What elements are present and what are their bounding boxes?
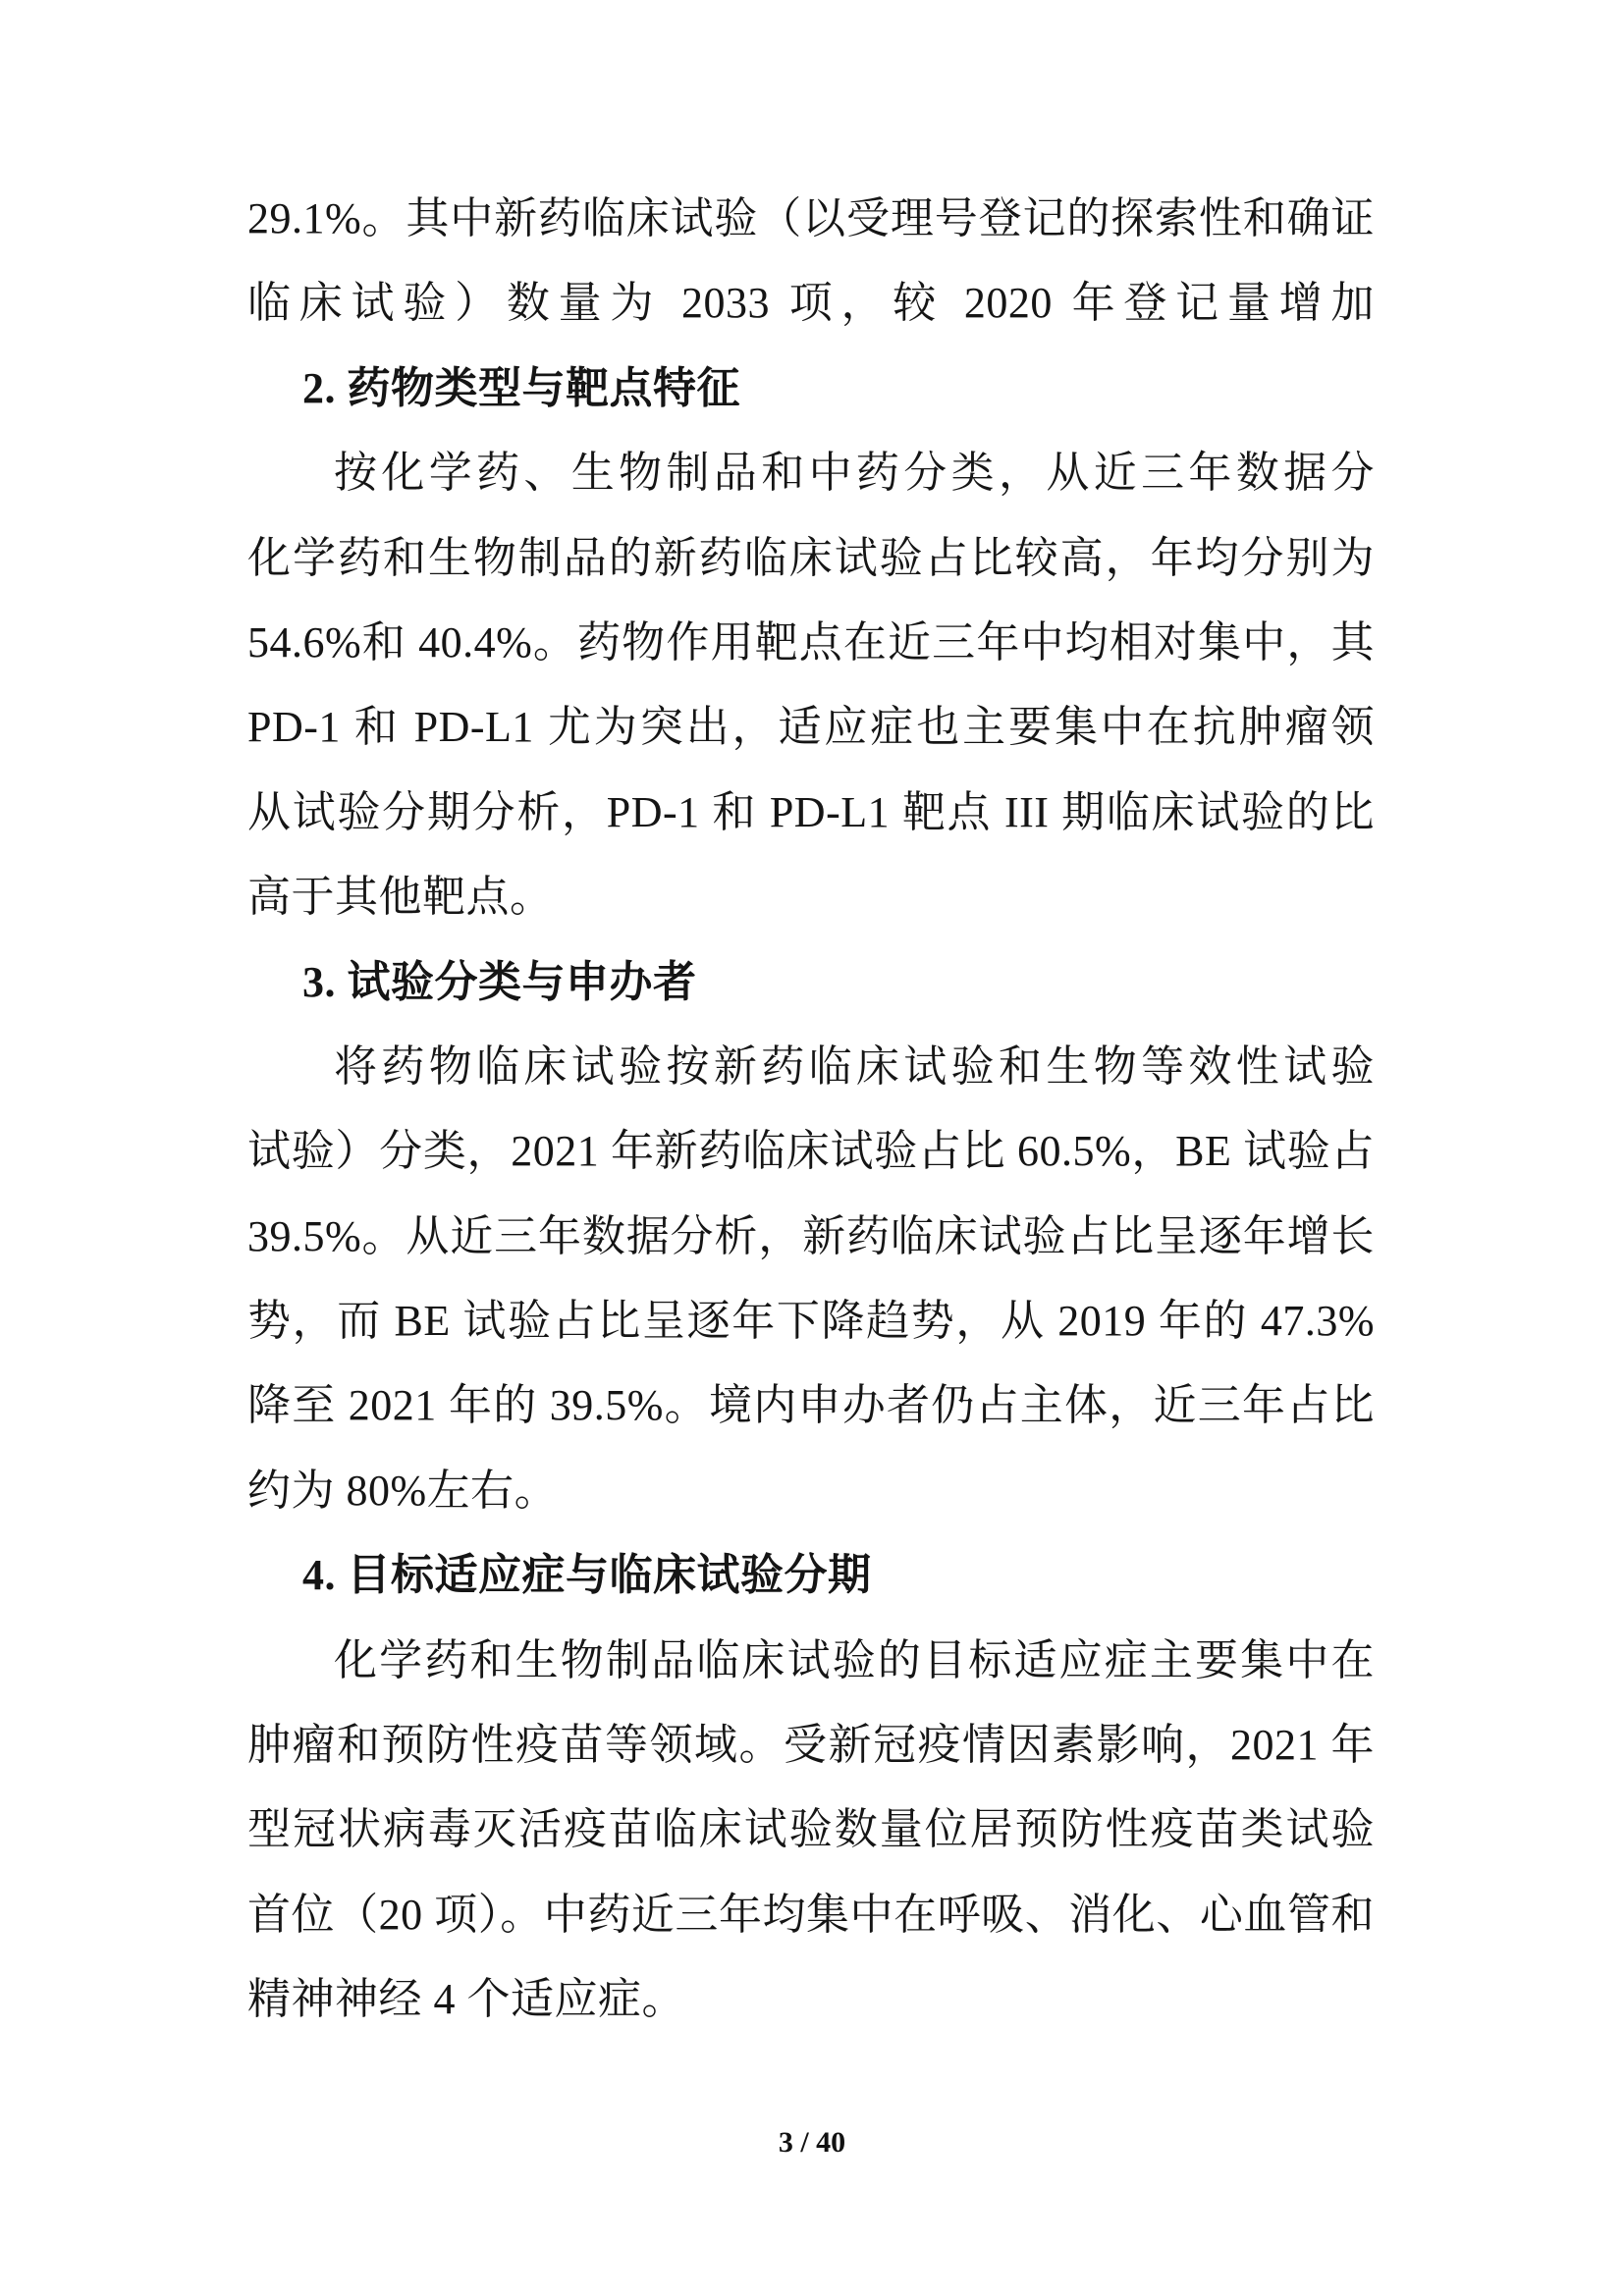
section-heading: 4. 目标适应症与临床试验分期 bbox=[247, 1533, 1375, 1618]
paragraph-line: 临床试验）数量为 2033 项，较 2020 年登记量增加 38.0%。 bbox=[247, 261, 1375, 346]
paragraph-line: 39.5%。从近三年数据分析，新药临床试验占比呈逐年增长趋 bbox=[247, 1195, 1375, 1279]
section-heading: 3. 试验分类与申办者 bbox=[247, 940, 1375, 1025]
paragraph-line: 按化学药、生物制品和中药分类，从近三年数据分析， bbox=[247, 431, 1375, 515]
paragraph-line: 势，而 BE 试验占比呈逐年下降趋势，从 2019 年的 47.3%下 bbox=[247, 1279, 1375, 1363]
paragraph-line: 首位（20 项）。中药近三年均集中在呼吸、消化、心血管和 bbox=[247, 1873, 1375, 1957]
paragraph-line: 29.1%。其中新药临床试验（以受理号登记的探索性和确证性 bbox=[247, 177, 1375, 261]
document-page: 29.1%。其中新药临床试验（以受理号登记的探索性和确证性 临床试验）数量为 2… bbox=[0, 0, 1624, 2296]
paragraph-line: 从试验分期分析，PD-1 和 PD-L1 靶点 III 期临床试验的比例亦 bbox=[247, 771, 1375, 855]
text-block: 29.1%。其中新药临床试验（以受理号登记的探索性和确证性 临床试验）数量为 2… bbox=[247, 177, 1375, 2043]
paragraph-line: 高于其他靶点。 bbox=[247, 855, 1375, 939]
paragraph-line: 降至 2021 年的 39.5%。境内申办者仍占主体，近三年占比均 bbox=[247, 1363, 1375, 1448]
paragraph-line: PD-1 和 PD-L1 尤为突出，适应症也主要集中在抗肿瘤领域。 bbox=[247, 685, 1375, 770]
paragraph-line: 将药物临床试验按新药临床试验和生物等效性试验（BE bbox=[247, 1025, 1375, 1109]
paragraph-line: 约为 80%左右。 bbox=[247, 1449, 1375, 1533]
section-heading: 2. 药物类型与靶点特征 bbox=[247, 347, 1375, 431]
paragraph-line: 化学药和生物制品临床试验的目标适应症主要集中在抗 bbox=[247, 1619, 1375, 1703]
paragraph-line: 试验）分类，2021 年新药临床试验占比 60.5%，BE 试验占比 bbox=[247, 1109, 1375, 1194]
paragraph-line: 型冠状病毒灭活疫苗临床试验数量位居预防性疫苗类试验 bbox=[247, 1788, 1375, 1872]
paragraph-line: 化学药和生物制品的新药临床试验占比较高，年均分别为 bbox=[247, 516, 1375, 601]
paragraph-line: 肿瘤和预防性疫苗等领域。受新冠疫情因素影响，2021 年新 bbox=[247, 1703, 1375, 1788]
page-number: 3 / 40 bbox=[0, 2126, 1624, 2160]
paragraph-line: 54.6%和 40.4%。药物作用靶点在近三年中均相对集中，其中 bbox=[247, 601, 1375, 685]
paragraph-line: 精神神经 4 个适应症。 bbox=[247, 1957, 1375, 2042]
